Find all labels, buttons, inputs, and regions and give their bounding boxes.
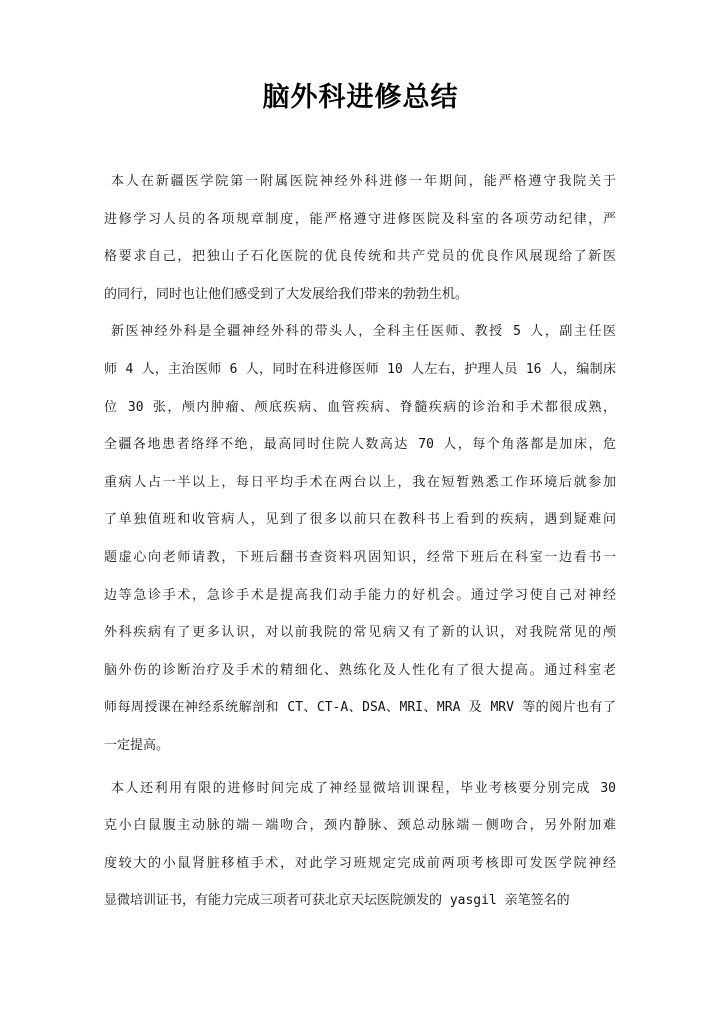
- text-line: 新医神经外科是全疆神经外科的带头人，全科主任医师、教授 5 人，副主任医: [104, 313, 616, 351]
- text-line: 的同行，同时也让他们感受到了大发展给我们带来的勃勃生机。: [104, 276, 616, 314]
- text-line: 本人还利用有限的进修时间完成了神经显微培训课程，毕业考核要分别完成 30: [104, 770, 616, 808]
- text-line: 显微培训证书，有能力完成三项者可获北京天坛医院颁发的 yasgil 亲笔签名的: [104, 882, 616, 920]
- text-line: 进修学习人员的各项规章制度，能严格遵守进修医院及科室的各项劳动纪律，严: [104, 201, 616, 239]
- paragraph-3: 本人还利用有限的进修时间完成了神经显微培训课程，毕业考核要分别完成 30 克小白…: [104, 770, 616, 920]
- text-line: 位 30 张，颅内肿瘤、颅底疾病、血管疾病、脊髓疾病的诊治和手术都很成熟，: [104, 389, 616, 427]
- text-line: 师每周授课在神经系统解剖和 CT、CT-A、DSA、MRI、MRA 及 MRV …: [104, 689, 616, 727]
- document-page: 脑外科进修总结 本人在新疆医学院第一附属医院神经外科进修一年期间，能严格遵守我院…: [0, 0, 721, 1020]
- text-line: 克小白鼠腹主动脉的端－端吻合，颈内静脉、颈总动脉端－侧吻合，另外附加难: [104, 807, 616, 845]
- text-line: 一定提高。: [104, 727, 616, 765]
- text-line: 题虚心向老师请教，下班后翻书查资料巩固知识，经常下班后在科室一边看书一: [104, 539, 616, 577]
- text-line: 重病人占一半以上，每日平均手术在两台以上，我在短暂熟悉工作环境后就参加: [104, 464, 616, 502]
- paragraph-2: 新医神经外科是全疆神经外科的带头人，全科主任医师、教授 5 人，副主任医 师 4…: [104, 313, 616, 764]
- text-line: 师 4 人，主治医师 6 人，同时在科进修医师 10 人左右，护理人员 16 人…: [104, 351, 616, 389]
- text-line: 本人在新疆医学院第一附属医院神经外科进修一年期间，能严格遵守我院关于: [104, 163, 616, 201]
- text-line: 全疆各地患者络绎不绝，最高同时住院人数高达 70 人，每个角落都是加床，危: [104, 426, 616, 464]
- text-line: 了单独值班和收管病人，见到了很多以前只在教科书上看到的疾病，遇到疑难问: [104, 501, 616, 539]
- text-line: 外科疾病有了更多认识，对以前我院的常见病又有了新的认识，对我院常见的颅: [104, 614, 616, 652]
- text-line: 度较大的小鼠肾脏移植手术，对此学习班规定完成前两项考核即可发医学院神经: [104, 845, 616, 883]
- document-body: 本人在新疆医学院第一附属医院神经外科进修一年期间，能严格遵守我院关于 进修学习人…: [104, 163, 616, 920]
- text-line: 边等急诊手术，急诊手术是提高我们动手能力的好机会。通过学习使自己对神经: [104, 577, 616, 615]
- text-line: 格要求自己，把独山子石化医院的优良传统和共产党员的优良作风展现给了新医: [104, 238, 616, 276]
- document-title: 脑外科进修总结: [0, 80, 721, 116]
- text-line: 脑外伤的诊断治疗及手术的精细化、熟练化及人性化有了很大提高。通过科室老: [104, 652, 616, 690]
- paragraph-1: 本人在新疆医学院第一附属医院神经外科进修一年期间，能严格遵守我院关于 进修学习人…: [104, 163, 616, 313]
